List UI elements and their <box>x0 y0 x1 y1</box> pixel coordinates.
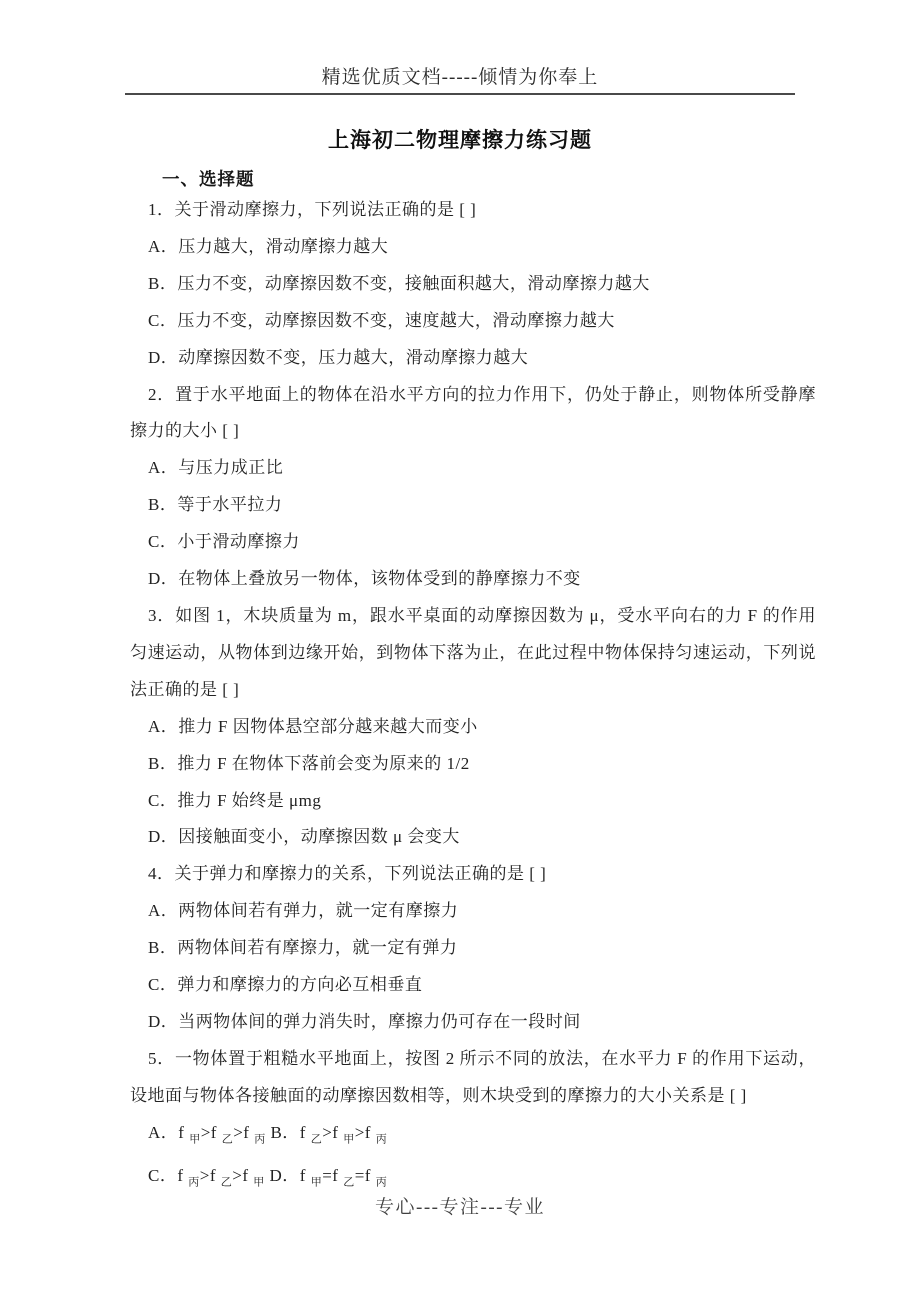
option-2-c: C．小于滑动摩擦力 <box>130 524 816 561</box>
section-heading: 一、选择题 <box>130 166 816 192</box>
question-1: 1．关于滑动摩擦力，下列说法正确的是 [ ] <box>130 192 816 229</box>
option-4-a: A．两物体间若有弹力，就一定有摩擦力 <box>130 893 816 930</box>
option-3-c: C．推力 F 始终是 μmg <box>130 783 816 820</box>
option-3-d: D．因接触面变小，动摩擦因数 μ 会变大 <box>130 819 816 856</box>
header-divider <box>125 93 795 95</box>
option-4-c: C．弹力和摩擦力的方向必互相垂直 <box>130 967 816 1004</box>
page-footer: 专心---专注---专业 <box>0 1192 920 1219</box>
question-5-line-2: 设地面与物体各接触面的动摩擦因数相等，则木块受到的摩擦力的大小关系是 [ ] <box>130 1078 816 1115</box>
option-2-b: B．等于水平拉力 <box>130 487 816 524</box>
document-body: 一、选择题 1．关于滑动摩擦力，下列说法正确的是 [ ] A．压力越大，滑动摩擦… <box>130 166 816 1201</box>
option-1-b: B．压力不变，动摩擦因数不变，接触面积越大，滑动摩擦力越大 <box>130 266 816 303</box>
question-2-line-1: 2．置于水平地面上的物体在沿水平方向的拉力作用下，仍处于静止，则物体所受静摩 <box>130 377 816 414</box>
question-5-line-1: 5．一物体置于粗糙水平地面上，按图 2 所示不同的放法，在水平力 F 的作用下运… <box>130 1041 816 1078</box>
option-1-d: D．动摩擦因数不变，压力越大，滑动摩擦力越大 <box>130 340 816 377</box>
options-5-ab: A．f 甲>f 乙>f 丙 B．f 乙>f 甲>f 丙 <box>130 1115 816 1158</box>
option-2-d: D．在物体上叠放另一物体，该物体受到的静摩擦力不变 <box>130 561 816 598</box>
question-2-line-2: 擦力的大小 [ ] <box>130 413 816 450</box>
page-header-note: 精选优质文档-----倾情为你奉上 <box>0 62 920 89</box>
option-4-b: B．两物体间若有摩擦力，就一定有弹力 <box>130 930 816 967</box>
option-3-a: A．推力 F 因物体悬空部分越来越大而变小 <box>130 709 816 746</box>
option-4-d: D．当两物体间的弹力消失时，摩擦力仍可存在一段时间 <box>130 1004 816 1041</box>
document-page: 精选优质文档-----倾情为你奉上 上海初二物理摩擦力练习题 一、选择题 1．关… <box>0 0 920 1302</box>
option-2-a: A．与压力成正比 <box>130 450 816 487</box>
question-3-line-3: 法正确的是 [ ] <box>130 672 816 709</box>
option-1-c: C．压力不变，动摩擦因数不变，速度越大，滑动摩擦力越大 <box>130 303 816 340</box>
question-3-line-2: 匀速运动，从物体到边缘开始，到物体下落为止，在此过程中物体保持匀速运动，下列说 <box>130 635 816 672</box>
option-3-b: B．推力 F 在物体下落前会变为原来的 1/2 <box>130 746 816 783</box>
question-3-line-1: 3．如图 1，木块质量为 m，跟水平桌面的动摩擦因数为 μ，受水平向右的力 F … <box>130 598 816 635</box>
option-1-a: A．压力越大，滑动摩擦力越大 <box>130 229 816 266</box>
question-4: 4．关于弹力和摩擦力的关系，下列说法正确的是 [ ] <box>130 856 816 893</box>
document-title: 上海初二物理摩擦力练习题 <box>0 124 920 154</box>
